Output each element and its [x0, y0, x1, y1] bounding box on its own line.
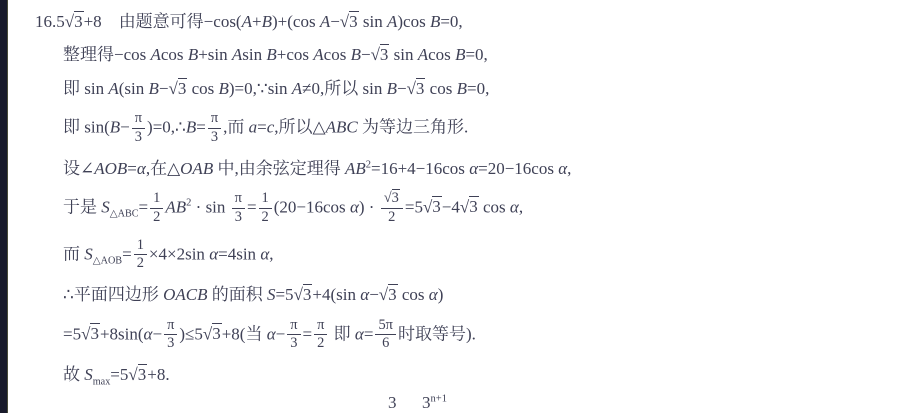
text-token: 16.: [35, 12, 56, 31]
sqrt-expression: √3: [423, 196, 442, 216]
text-token: cos: [187, 79, 218, 98]
solution-line-3: 即 sin A(sin B−√3 cos B)=0,∵sin A≠0,所以 si…: [63, 78, 891, 99]
text-token: 于是: [63, 197, 101, 216]
text-token: 3: [135, 129, 142, 145]
superscript: n+1: [431, 393, 447, 404]
math-variable: S: [101, 197, 110, 216]
math-variable: ABC: [326, 117, 358, 136]
text-token: ×4×2sin: [149, 244, 209, 263]
text-token: 2: [262, 209, 269, 225]
text-token: =5: [405, 197, 423, 216]
text-token: 3: [167, 335, 174, 351]
text-token: π: [235, 190, 242, 206]
numerator: √3: [381, 191, 403, 209]
solution-line-5: 设∠AOB=α,在△OAB 中,由余弦定理得 AB2=16+4−16cos α=…: [63, 158, 891, 179]
text-token: +8: [84, 12, 102, 31]
math-variable: α: [350, 197, 359, 216]
text-token: 1: [137, 237, 144, 253]
text-token: 3: [422, 393, 431, 412]
text-token: 整理得−cos: [63, 45, 151, 64]
fraction: 12: [259, 191, 272, 226]
sqrt-expression: √3: [168, 78, 187, 98]
text-token: ,: [519, 197, 523, 216]
text-token: ≠0,所以 sin: [302, 79, 386, 98]
text-token: 2: [137, 255, 144, 271]
text-token: +8sin(: [100, 324, 144, 343]
math-variable: A: [387, 12, 397, 31]
numerator: π: [164, 318, 177, 336]
text-token: 时取等号).: [398, 324, 476, 343]
subscript: △AOB: [93, 255, 122, 266]
text-token: 2: [153, 209, 160, 225]
math-variable: A: [108, 79, 118, 98]
solution-lines: 16.5√3+8 由题意可得−cos(A+B)+(cos A−√3 sin A)…: [63, 11, 891, 386]
text-token: (20−16cos: [274, 197, 350, 216]
text-token: 3: [388, 285, 397, 304]
document-page: 16.5√3+8 由题意可得−cos(A+B)+(cos A−√3 sin A)…: [0, 0, 897, 413]
text-token: =: [127, 159, 137, 178]
numerator: π: [132, 111, 145, 129]
text-token: 而: [63, 244, 84, 263]
text-token: −: [276, 324, 286, 343]
math-variable: S: [84, 244, 93, 263]
text-token: 3: [303, 285, 312, 304]
solution-line-1: 16.5√3+8 由题意可得−cos(A+B)+(cos A−√3 sin A)…: [63, 11, 891, 32]
solution-line-8: ∴平面四边形 OACB 的面积 S=5√3+4(sin α−√3 cos α): [63, 284, 891, 305]
sqrt-expression: √3: [203, 323, 222, 343]
text-token: 3: [349, 12, 358, 31]
denominator: 2: [259, 209, 272, 226]
math-variable: B: [148, 79, 158, 98]
text-token: cos: [428, 45, 455, 64]
radicand: 3: [380, 44, 390, 64]
sqrt-expression: √3: [340, 11, 359, 31]
sqrt-expression: √3: [128, 364, 147, 384]
math-variable: α: [360, 285, 369, 304]
math-variable: α: [209, 244, 218, 263]
numerator: π: [208, 111, 221, 129]
math-variable: B: [186, 117, 196, 136]
radicand: 3: [388, 284, 398, 304]
text-token: 1: [262, 190, 269, 206]
denominator: 2: [134, 255, 147, 272]
text-token: =0,: [440, 12, 462, 31]
math-variable: OACB: [163, 285, 207, 304]
denominator: 6: [375, 335, 396, 352]
text-token: =4sin: [218, 244, 260, 263]
text-token: 设∠: [63, 159, 94, 178]
text-token: =: [303, 324, 313, 343]
text-token: )=0,∵sin: [229, 79, 292, 98]
math-variable: α: [510, 197, 519, 216]
text-token: =: [364, 324, 374, 343]
text-token: 中,由余弦定理得: [213, 159, 345, 178]
sqrt-expression: √3: [371, 44, 390, 64]
page-edge-binding-bar: [0, 0, 8, 413]
solution-line-10: 故 Smax=5√3+8.: [63, 364, 891, 385]
text-token: π: [290, 317, 297, 333]
math-variable: A: [320, 12, 330, 31]
text-token: −: [369, 285, 379, 304]
math-variable: S: [84, 365, 93, 384]
math-variable: A: [292, 79, 302, 98]
text-token: −4: [442, 197, 460, 216]
math-variable: AB: [345, 159, 366, 178]
text-token: 3: [90, 324, 99, 343]
fraction: π3: [232, 191, 245, 226]
text-token: 2: [388, 209, 395, 225]
text-token: sin: [359, 12, 387, 31]
math-variable: A: [313, 45, 323, 64]
math-variable: AB: [165, 197, 186, 216]
text-token: ,: [269, 244, 273, 263]
math-variable: OAB: [180, 159, 213, 178]
text-token: 3: [290, 335, 297, 351]
subscript: max: [93, 377, 111, 388]
fraction: √32: [381, 191, 403, 226]
denominator: 3: [164, 335, 177, 352]
text-token: +8(当: [222, 324, 267, 343]
text-token: 即 sin(: [63, 117, 110, 136]
text-token: cos: [161, 45, 188, 64]
text-token: +cos: [277, 45, 314, 64]
math-variable: B: [351, 45, 361, 64]
text-token: (sin: [119, 79, 149, 98]
numerator: π: [287, 318, 300, 336]
sqrt-expression: √3: [384, 189, 400, 206]
text-token: 3: [416, 79, 425, 98]
denominator: 3: [132, 129, 145, 146]
sqrt-expression: √3: [81, 323, 100, 343]
text-token: )≤5: [179, 324, 203, 343]
math-variable: α: [267, 324, 276, 343]
math-variable: A: [242, 12, 252, 31]
math-variable: B: [430, 12, 440, 31]
numerator: π: [314, 318, 327, 336]
solution-line-6: 于是 S△ABC=12AB2 · sin π3=12(20−16cos α) ·…: [63, 191, 891, 226]
text-token: cos: [398, 285, 429, 304]
text-token: 3: [138, 365, 147, 384]
denominator: 3: [208, 129, 221, 146]
radicand: 3: [90, 323, 100, 343]
text-token: 3: [469, 197, 478, 216]
text-token: 3: [392, 190, 399, 206]
text-token: =20−16cos: [478, 159, 558, 178]
text-token: −: [397, 79, 407, 98]
fraction: π2: [314, 318, 327, 353]
numerator: 1: [150, 191, 163, 209]
text-token: [102, 12, 119, 31]
math-variable: a: [249, 117, 258, 136]
text-token: ) ·: [359, 197, 379, 216]
sqrt-expression: √3: [65, 11, 84, 31]
text-token: 5: [56, 12, 65, 31]
fraction: π3: [208, 111, 221, 146]
fraction: π3: [164, 318, 177, 353]
text-token: 2: [317, 335, 324, 351]
text-token: 1: [153, 190, 160, 206]
text-token: +8.: [147, 365, 169, 384]
solution-line-2: 整理得−cos Acos B+sin Asin B+cos Acos B−√3 …: [63, 44, 891, 65]
fraction: 12: [134, 238, 147, 273]
math-variable: B: [455, 45, 465, 64]
solution-block: 16.5√3+8 由题意可得−cos(A+B)+(cos A−√3 sin A)…: [63, 11, 891, 398]
text-token: 即: [329, 324, 355, 343]
denominator: 2: [314, 335, 327, 352]
math-variable: A: [151, 45, 161, 64]
text-token: π: [167, 317, 174, 333]
text-token: )=0,∴: [147, 117, 186, 136]
text-token: 即 sin: [63, 79, 108, 98]
text-token: )+(cos: [272, 12, 320, 31]
text-token: ,所以△: [274, 117, 325, 136]
radicand: 3: [138, 364, 148, 384]
text-token: ): [438, 285, 444, 304]
text-token: =0,: [467, 79, 489, 98]
math-variable: α: [429, 285, 438, 304]
text-token: π: [211, 110, 218, 126]
math-variable: AOB: [94, 159, 127, 178]
math-variable: B: [218, 79, 228, 98]
text-token: 3: [388, 393, 397, 412]
denominator: 3: [232, 209, 245, 226]
text-token: −: [361, 45, 371, 64]
text-token: π: [135, 110, 142, 126]
math-variable: α: [137, 159, 146, 178]
text-token: 的面积: [207, 285, 267, 304]
text-token: ,而: [223, 117, 249, 136]
math-variable: B: [262, 12, 272, 31]
text-token: =0,: [465, 45, 487, 64]
text-token: cos: [479, 197, 510, 216]
text-token: )cos: [397, 12, 430, 31]
text-token: =: [122, 244, 132, 263]
math-variable: α: [260, 244, 269, 263]
denominator: 2: [381, 209, 403, 226]
radicand: 3: [432, 196, 442, 216]
text-token: =: [247, 197, 257, 216]
text-token: ,在△: [146, 159, 180, 178]
math-variable: α: [355, 324, 364, 343]
text-token: 3: [380, 45, 389, 64]
text-token: −: [120, 117, 130, 136]
text-token: =5: [63, 324, 81, 343]
numerator: 5π: [375, 318, 396, 336]
text-token: sin: [389, 45, 417, 64]
subscript: △ABC: [110, 208, 139, 219]
numerator: 1: [134, 238, 147, 256]
math-variable: A: [418, 45, 428, 64]
sqrt-expression: √3: [460, 196, 479, 216]
denominator: 3: [287, 335, 300, 352]
math-variable: B: [188, 45, 198, 64]
text-token: =16+4−16cos: [371, 159, 469, 178]
text-token: cos: [324, 45, 351, 64]
math-variable: α: [558, 159, 567, 178]
next-line-fragment: 3 3n+1: [388, 394, 447, 413]
text-token: 6: [382, 335, 389, 351]
radicand: 3: [212, 323, 222, 343]
math-variable: B: [457, 79, 467, 98]
sqrt-expression: √3: [407, 78, 426, 98]
text-token: 由题意可得−cos(: [119, 12, 242, 31]
text-token: +4(sin: [312, 285, 360, 304]
text-token: ,: [567, 159, 571, 178]
text-token: ∴平面四边形: [63, 285, 163, 304]
text-token: · sin: [191, 197, 229, 216]
text-token: 3: [178, 79, 187, 98]
text-token: =5: [275, 285, 293, 304]
text-token: =: [257, 117, 267, 136]
text-token: =: [139, 197, 149, 216]
fraction: 5π6: [375, 318, 396, 353]
text-token: 3: [74, 12, 83, 31]
text-token: +sin: [198, 45, 232, 64]
text-token: 故: [63, 365, 84, 384]
text-token: π: [317, 317, 324, 333]
text-token: =: [196, 117, 206, 136]
text-token: 3: [212, 324, 221, 343]
text-token: −: [330, 12, 340, 31]
text-token: 3: [235, 209, 242, 225]
numerator: 1: [259, 191, 272, 209]
denominator: 2: [150, 209, 163, 226]
math-variable: α: [469, 159, 478, 178]
radicand: 3: [74, 11, 84, 31]
text-token: 3: [211, 129, 218, 145]
math-variable: A: [232, 45, 242, 64]
text-token: 3: [432, 197, 441, 216]
radicand: 3: [303, 284, 313, 304]
text-token: 为等边三角形.: [358, 117, 469, 136]
text-token: −: [152, 324, 162, 343]
solution-line-9: =5√3+8sin(α−π3)≤5√3+8(当 α−π3=π2 即 α=5π6时…: [63, 318, 891, 353]
text-token: =5: [110, 365, 128, 384]
radicand: 3: [349, 11, 359, 31]
radicand: 3: [416, 78, 426, 98]
fraction: π3: [132, 111, 145, 146]
solution-line-4: 即 sin(B−π3)=0,∴B=π3,而 a=c,所以△ABC 为等边三角形.: [63, 111, 891, 146]
text-token: sin: [242, 45, 266, 64]
text-token: cos: [425, 79, 456, 98]
solution-line-7: 而 S△AOB=12×4×2sin α=4sin α,: [63, 238, 891, 273]
text-token: +: [252, 12, 262, 31]
math-variable: B: [387, 79, 397, 98]
numerator: π: [232, 191, 245, 209]
radicand: 3: [392, 189, 400, 206]
math-variable: B: [266, 45, 276, 64]
fraction: π3: [287, 318, 300, 353]
fraction: 12: [150, 191, 163, 226]
radicand: 3: [469, 196, 479, 216]
sqrt-expression: √3: [294, 284, 313, 304]
text-token: [397, 393, 423, 412]
radicand: 3: [178, 78, 188, 98]
text-token: 5π: [378, 317, 393, 333]
sqrt-expression: √3: [379, 284, 398, 304]
math-variable: B: [110, 117, 120, 136]
